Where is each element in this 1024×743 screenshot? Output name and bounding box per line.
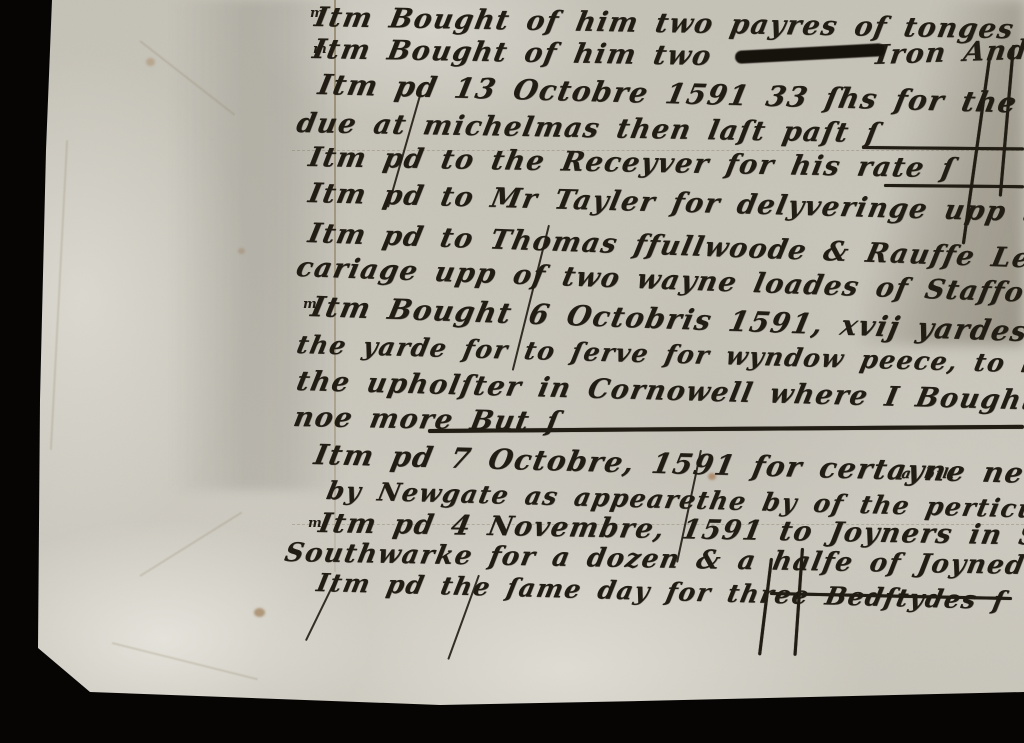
manuscript-text-line: Iron Andi	[874, 34, 1024, 71]
ink-blot	[735, 43, 885, 64]
crease	[139, 40, 235, 115]
marginal-mark: m	[310, 6, 324, 21]
manuscript-text-line: Itm Bought of him two	[310, 34, 715, 72]
parchment-sheet: Itm Bought of him two payres of tonges &…	[0, 0, 1024, 743]
sum-rule	[884, 184, 1024, 188]
photo-background: Itm Bought of him two payres of tonges &…	[0, 0, 1024, 743]
marginal-mark: m	[313, 42, 327, 57]
column-stroke	[999, 45, 1015, 197]
manuscript-text-line: noe more But ſ	[291, 402, 563, 438]
crease	[112, 642, 258, 680]
stain	[146, 58, 155, 66]
marginal-mark: m	[308, 516, 322, 531]
stain	[254, 608, 265, 617]
stain	[238, 248, 245, 254]
marginal-mark: m	[303, 297, 317, 312]
inserted-word: a bill	[900, 466, 958, 482]
crease	[139, 512, 242, 577]
crease	[50, 140, 68, 450]
